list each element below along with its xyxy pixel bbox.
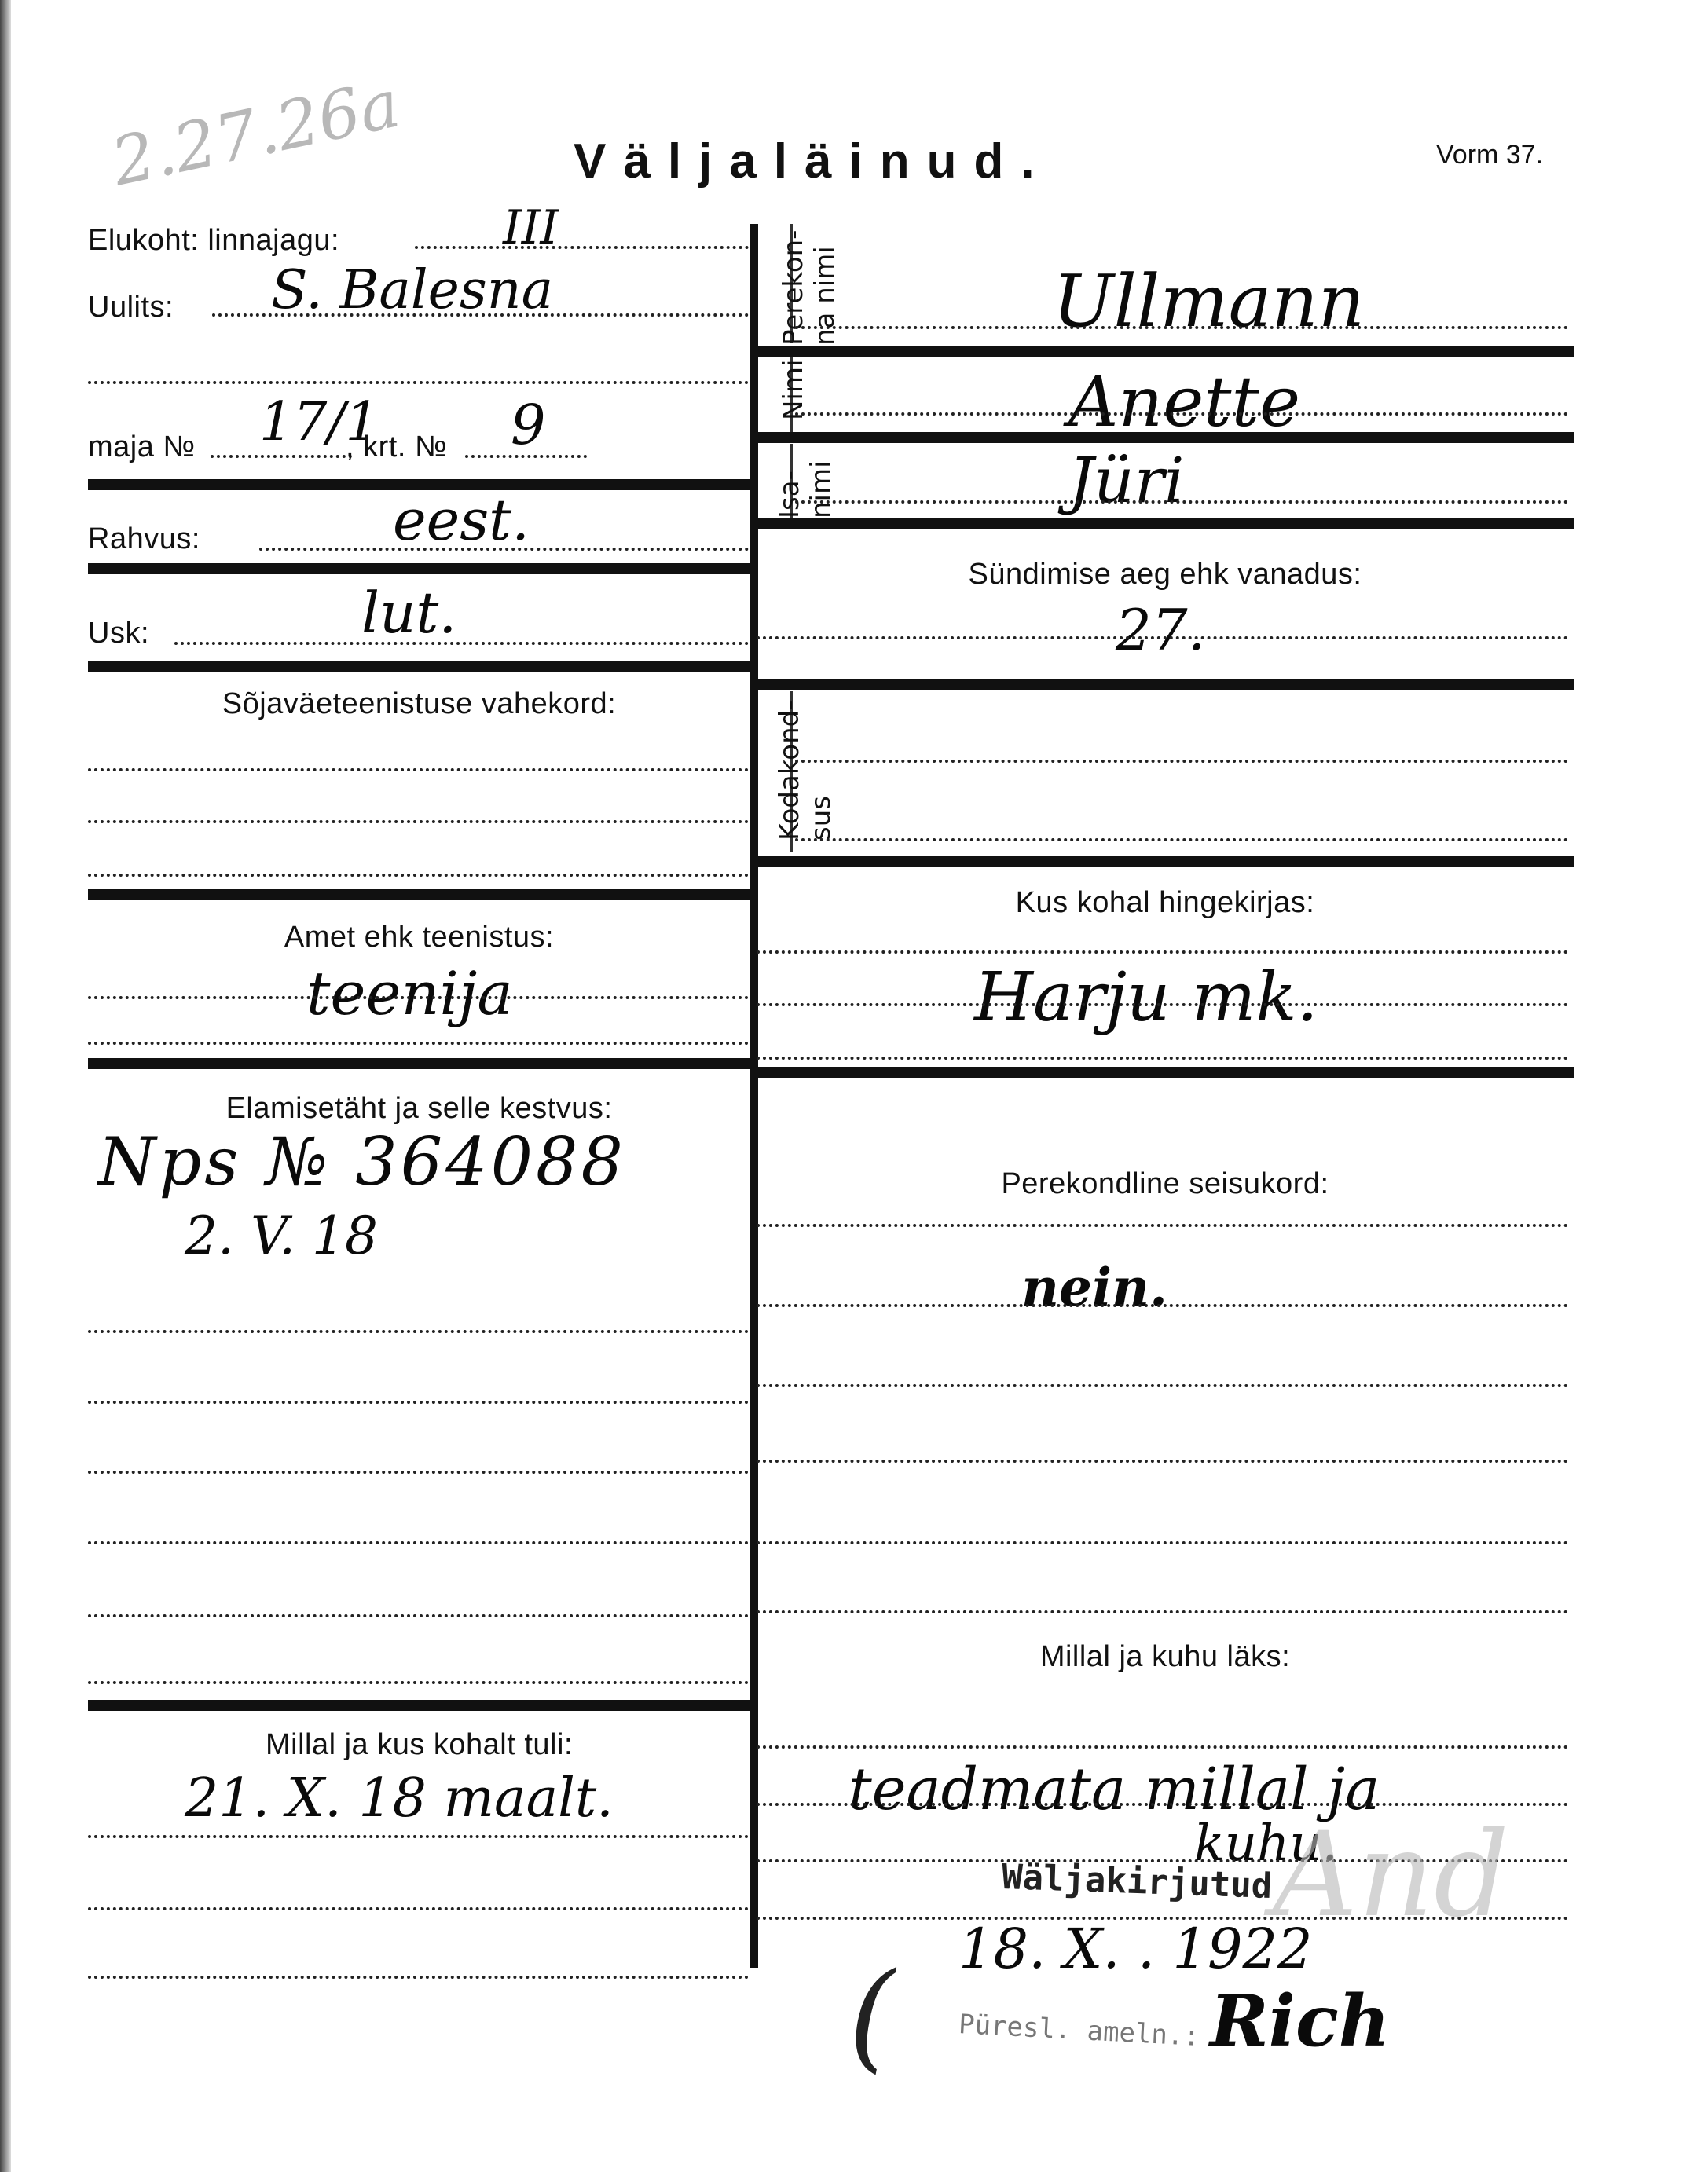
pencil-signature: And — [1273, 1807, 1509, 1943]
stamp-date: 18. X. . 1922 — [958, 1917, 1313, 1981]
elukoht-value: III — [503, 200, 559, 255]
kodakondsus-line-2 — [795, 838, 1568, 841]
amet-value: teenija — [306, 958, 513, 1028]
usk-line — [174, 642, 749, 645]
hingekiri-line-2 — [757, 1003, 1568, 1006]
divider — [757, 679, 1574, 690]
divider — [757, 1067, 1574, 1078]
tuli-line-2 — [88, 1907, 749, 1910]
krt-value: 9 — [511, 393, 546, 457]
tuli-line-3 — [88, 1976, 749, 1979]
sojavae-line-1 — [88, 768, 749, 771]
elukoht-line — [415, 246, 749, 249]
divider — [88, 1058, 750, 1069]
hingekiri-line-3 — [757, 1057, 1568, 1060]
sojavae-label: Sõjaväeteenistuse vahekord: — [88, 687, 750, 721]
perekonnanimi-value: Ullmann — [1053, 259, 1365, 343]
divider — [757, 856, 1574, 867]
tuli-value: 21. X. 18 maalt. — [185, 1767, 614, 1830]
elamisetaht-label: Elamisetäht ja selle kestvus: — [88, 1092, 750, 1126]
sundimise-value: 27. — [1116, 597, 1206, 663]
elamisetaht-line-5 — [88, 1614, 749, 1617]
amet-line-1 — [88, 996, 749, 999]
elamisetaht-line-1 — [88, 1330, 749, 1333]
maja-label: maja № — [88, 430, 196, 464]
nimi-line — [795, 412, 1568, 416]
perekondlik-line-6 — [757, 1610, 1568, 1613]
address-line-2 — [88, 381, 749, 384]
maja-line — [211, 455, 352, 458]
perekondlik-value: nein. — [1021, 1257, 1167, 1318]
perekondlik-label: Perekondline seisukord: — [757, 1167, 1574, 1201]
divider — [88, 1700, 750, 1711]
elamisetaht-line-6 — [88, 1681, 749, 1684]
isanimi-line — [795, 500, 1568, 504]
elamisetaht-line-3 — [88, 1471, 749, 1474]
rahvus-value: eest. — [393, 487, 530, 553]
usk-label: Usk: — [88, 617, 149, 650]
elukoht-label: Elukoht: linnajagu: — [88, 224, 339, 258]
scan-edge-shadow — [0, 0, 11, 2172]
perekondlik-line-1 — [757, 1224, 1568, 1227]
perekondlik-line-4 — [757, 1460, 1568, 1463]
margin-bracket: ( — [849, 1948, 895, 2085]
elamisetaht-line-4 — [88, 1541, 749, 1544]
laks-line-1 — [757, 1745, 1568, 1749]
official-signature: Rich — [1210, 1980, 1390, 2063]
perekondlik-line-5 — [757, 1541, 1568, 1544]
hingekiri-value: Harju mk. — [974, 958, 1318, 1037]
amet-line-2 — [88, 1042, 749, 1045]
divider — [757, 432, 1574, 443]
sundimise-line — [757, 636, 1568, 639]
elamisetaht-value-1: Nps № 364088 — [98, 1123, 626, 1200]
tuli-label: Millal ja kus kohalt tuli: — [88, 1728, 750, 1762]
sundimise-label: Sündimise aeg ehk vanadus: — [757, 558, 1574, 592]
perekonnanimi-line — [795, 326, 1568, 329]
amet-label: Amet ehk teenistus: — [88, 921, 750, 954]
usk-value: lut. — [361, 580, 456, 646]
divider — [757, 346, 1574, 357]
tuli-line-1 — [88, 1835, 749, 1838]
nimi-label: Nimi — [778, 360, 809, 420]
hingekiri-line-1 — [757, 950, 1568, 954]
sojavae-line-3 — [88, 874, 749, 877]
elamisetaht-value-2: 2. V. 18 — [185, 1206, 378, 1266]
perekondlik-line-3 — [757, 1384, 1568, 1387]
stamp-heading: Wäljakirjutud — [1001, 1857, 1273, 1906]
divider — [88, 661, 750, 672]
laks-line-2 — [757, 1803, 1568, 1806]
pencil-annotation: 2.27.26a — [105, 65, 406, 201]
sojavae-line-2 — [88, 820, 749, 823]
form-number: Vorm 37. — [1436, 140, 1543, 170]
stamp-footer: Püresl. ameln.: — [958, 2009, 1200, 2053]
isanimi-value: Jüri — [1068, 444, 1184, 517]
elamisetaht-line-2 — [88, 1401, 749, 1404]
nimi-value: Anette — [1068, 361, 1300, 442]
perekondlik-line-2 — [757, 1304, 1568, 1307]
uulits-value: S. Balesna — [271, 259, 553, 321]
divider — [88, 889, 750, 900]
divider — [757, 518, 1574, 529]
rahvus-label: Rahvus: — [88, 522, 200, 556]
divider — [88, 563, 750, 574]
kodakondsus-label: Kodakond- sus — [774, 701, 837, 841]
isanimi-label: Isa- nimi — [774, 460, 837, 518]
center-divider — [750, 224, 758, 1968]
laks-label: Millal ja kuhu läks: — [757, 1640, 1574, 1674]
hingekiri-label: Kus kohal hingekirjas: — [757, 886, 1574, 920]
form-title: Väljaläinud. — [574, 134, 1052, 189]
kodakondsus-line-1 — [795, 760, 1568, 763]
uulits-label: Uulits: — [88, 291, 174, 324]
krt-label: , krt. № — [346, 430, 447, 464]
